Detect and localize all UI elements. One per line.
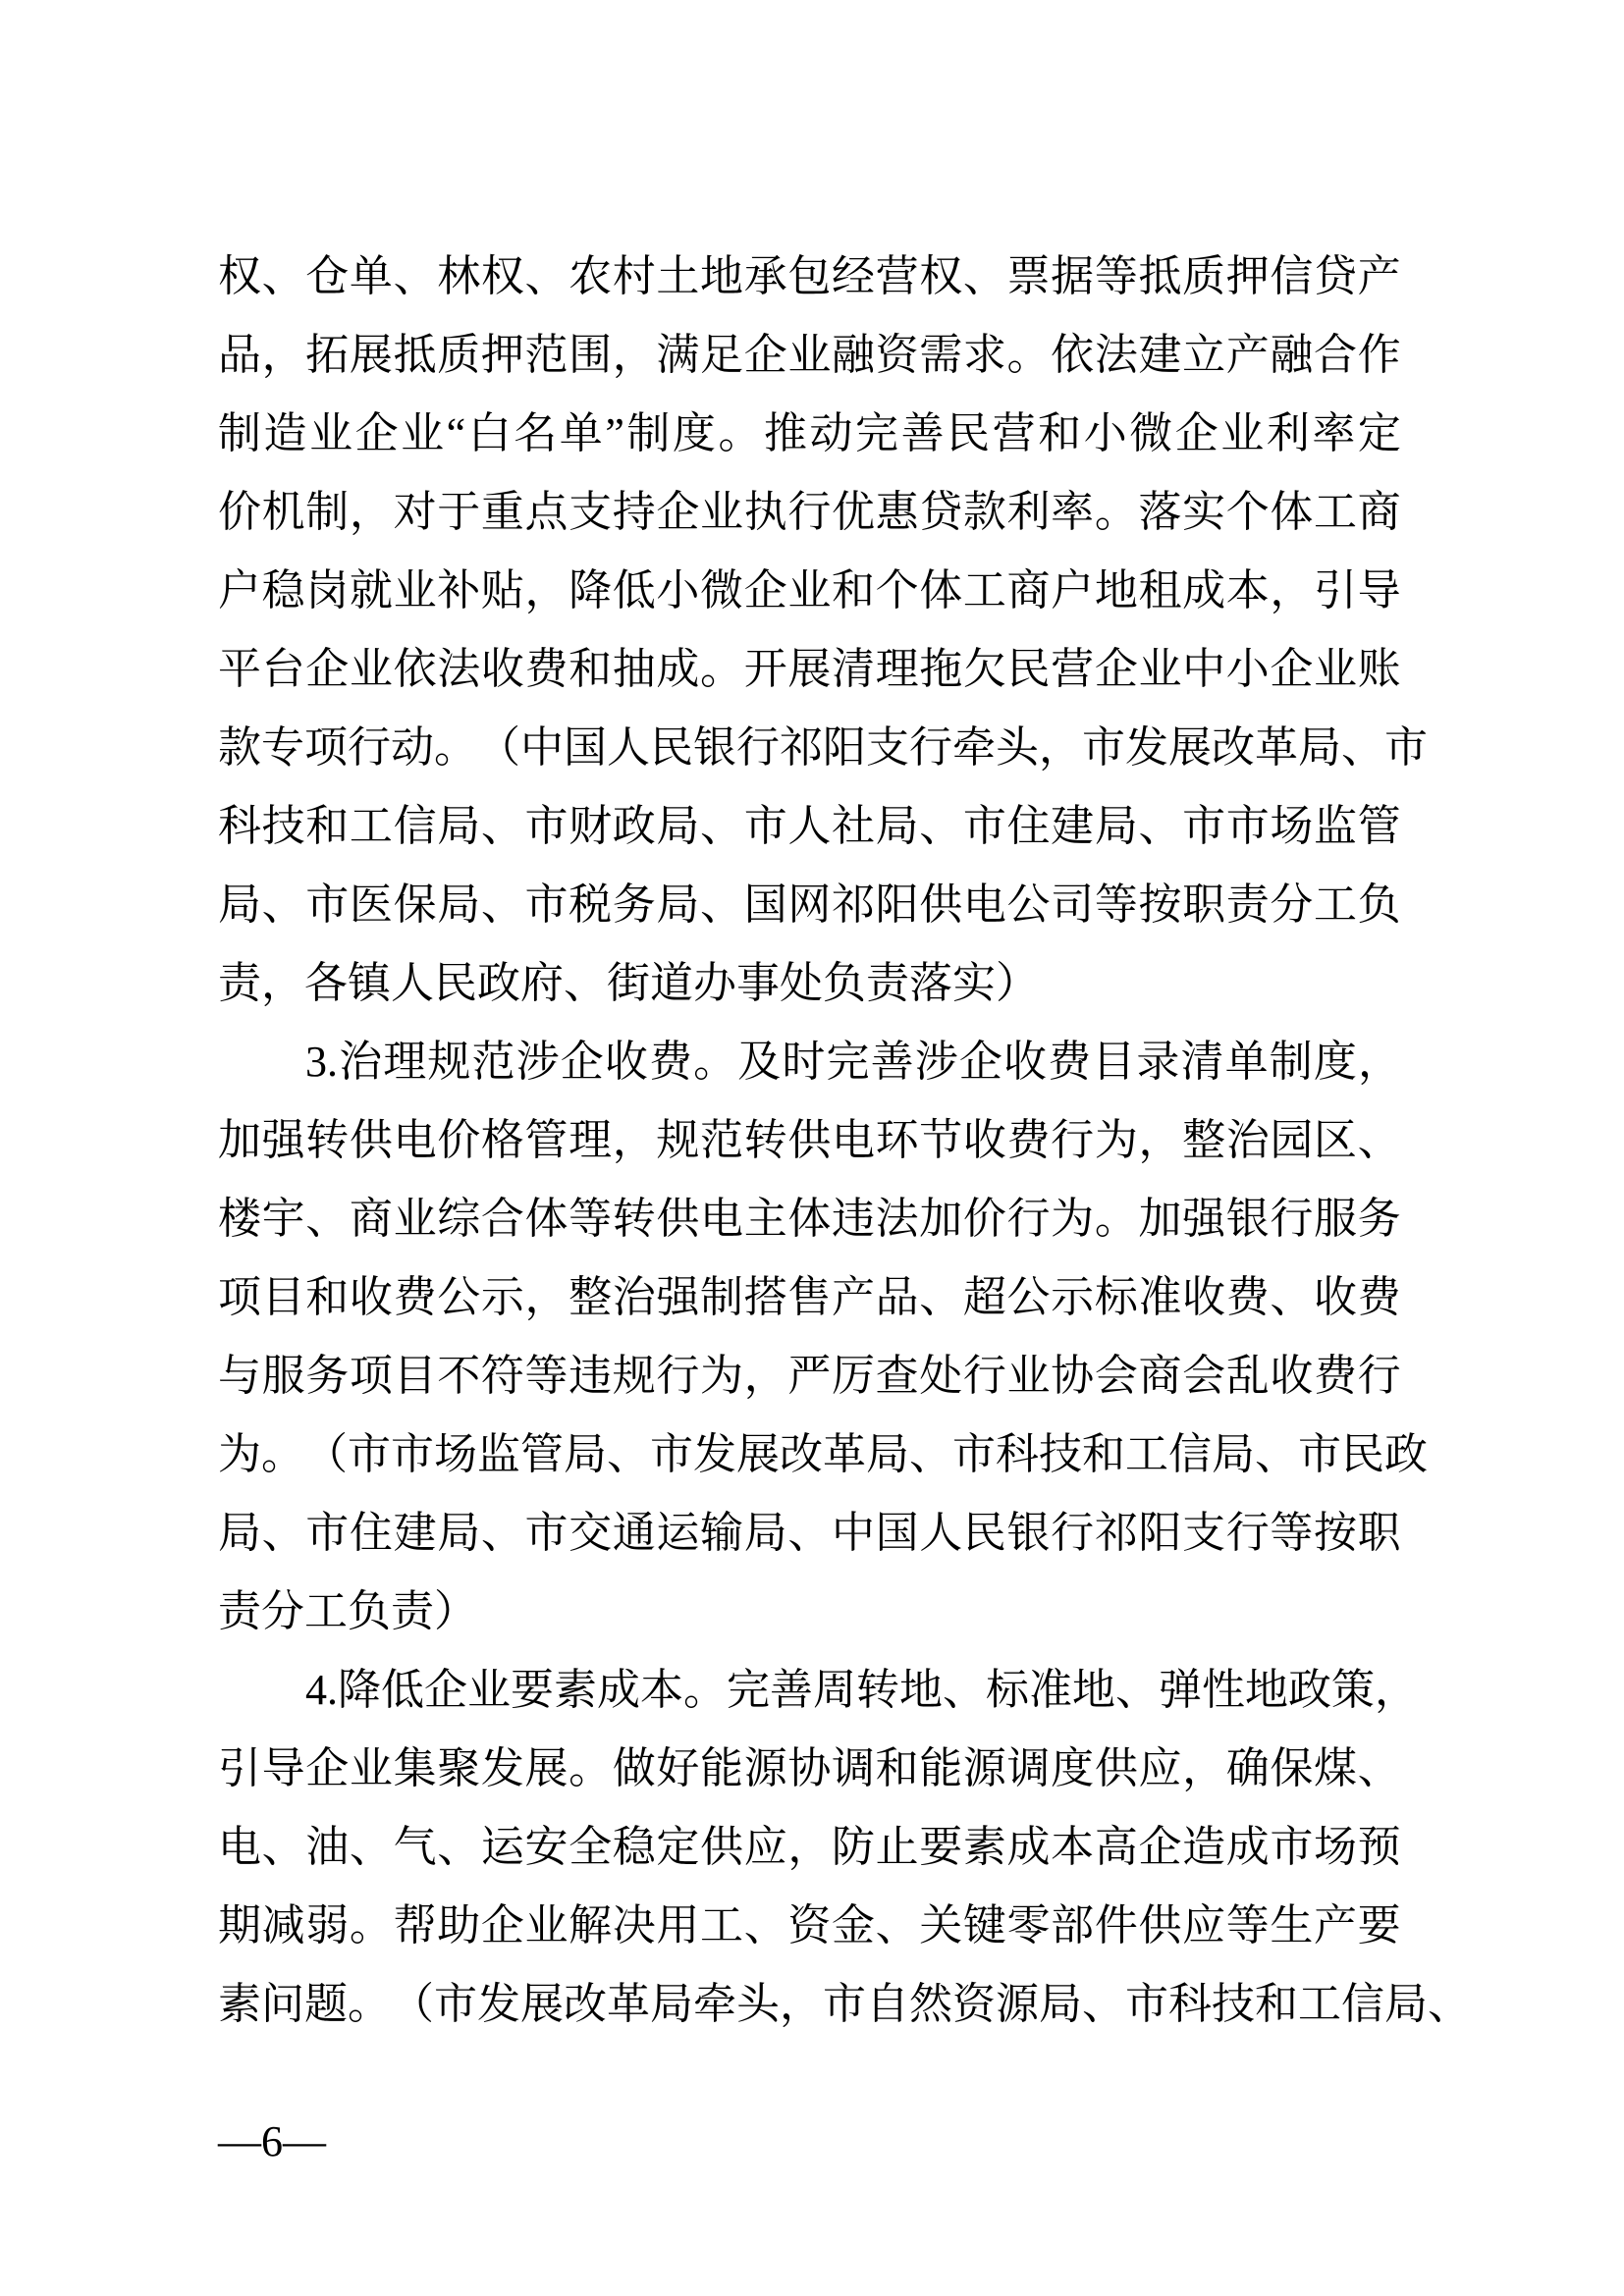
text-line: 电、油、气、运安全稳定供应，防止要素成本高企造成市场预: [218, 1808, 1401, 1887]
text-line: 科技和工信局、市财政局、市人社局、市住建局、市市场监管: [218, 787, 1401, 866]
text-line: 3.治理规范涉企收费。及时完善涉企收费目录清单制度，: [218, 1023, 1401, 1101]
text-line: 款专项行动。（中国人民银行祁阳支行牵头，市发展改革局、市: [218, 709, 1401, 787]
text-line: 价机制，对于重点支持企业执行优惠贷款利率。落实个体工商: [218, 473, 1401, 552]
text-line: 期减弱。帮助企业解决用工、资金、关键零部件供应等生产要: [218, 1887, 1401, 1965]
text-line: 局、市医保局、市税务局、国网祁阳供电公司等按职责分工负: [218, 866, 1401, 944]
text-line: 责分工负责）: [218, 1573, 1401, 1651]
body-text: 权、仓单、林权、农村土地承包经营权、票据等抵质押信贷产品，拓展抵质押范围，满足企…: [218, 238, 1401, 2044]
text-line: 楼宇、商业综合体等转供电主体违法加价行为。加强银行服务: [218, 1180, 1401, 1258]
text-line: 素问题。（市发展改革局牵头，市自然资源局、市科技和工信局、: [218, 1965, 1401, 2044]
text-line: 权、仓单、林权、农村土地承包经营权、票据等抵质押信贷产: [218, 238, 1401, 316]
text-line: 与服务项目不符等违规行为，严厉查处行业协会商会乱收费行: [218, 1337, 1401, 1415]
text-line: 户稳岗就业补贴，降低小微企业和个体工商户地租成本，引导: [218, 552, 1401, 630]
text-line: 责，各镇人民政府、街道办事处负责落实）: [218, 944, 1401, 1023]
text-line: 为。（市市场监管局、市发展改革局、市科技和工信局、市民政: [218, 1415, 1401, 1494]
text-line: 4.降低企业要素成本。完善周转地、标准地、弹性地政策，: [218, 1651, 1401, 1730]
text-line: 引导企业集聚发展。做好能源协调和能源调度供应，确保煤、: [218, 1730, 1401, 1808]
text-line: 项目和收费公示，整治强制搭售产品、超公示标准收费、收费: [218, 1258, 1401, 1337]
text-line: 品，拓展抵质押范围，满足企业融资需求。依法建立产融合作: [218, 316, 1401, 395]
page-number: —6—: [218, 2118, 326, 2165]
text-line: 加强转供电价格管理，规范转供电环节收费行为，整治园区、: [218, 1101, 1401, 1180]
text-line: 局、市住建局、市交通运输局、中国人民银行祁阳支行等按职: [218, 1494, 1401, 1573]
text-line: 平台企业依法收费和抽成。开展清理拖欠民营企业中小企业账: [218, 630, 1401, 709]
document-page: 权、仓单、林权、农村土地承包经营权、票据等抵质押信贷产品，拓展抵质押范围，满足企…: [0, 0, 1624, 2296]
text-line: 制造业企业“白名单”制度。推动完善民营和小微企业利率定: [218, 395, 1401, 473]
